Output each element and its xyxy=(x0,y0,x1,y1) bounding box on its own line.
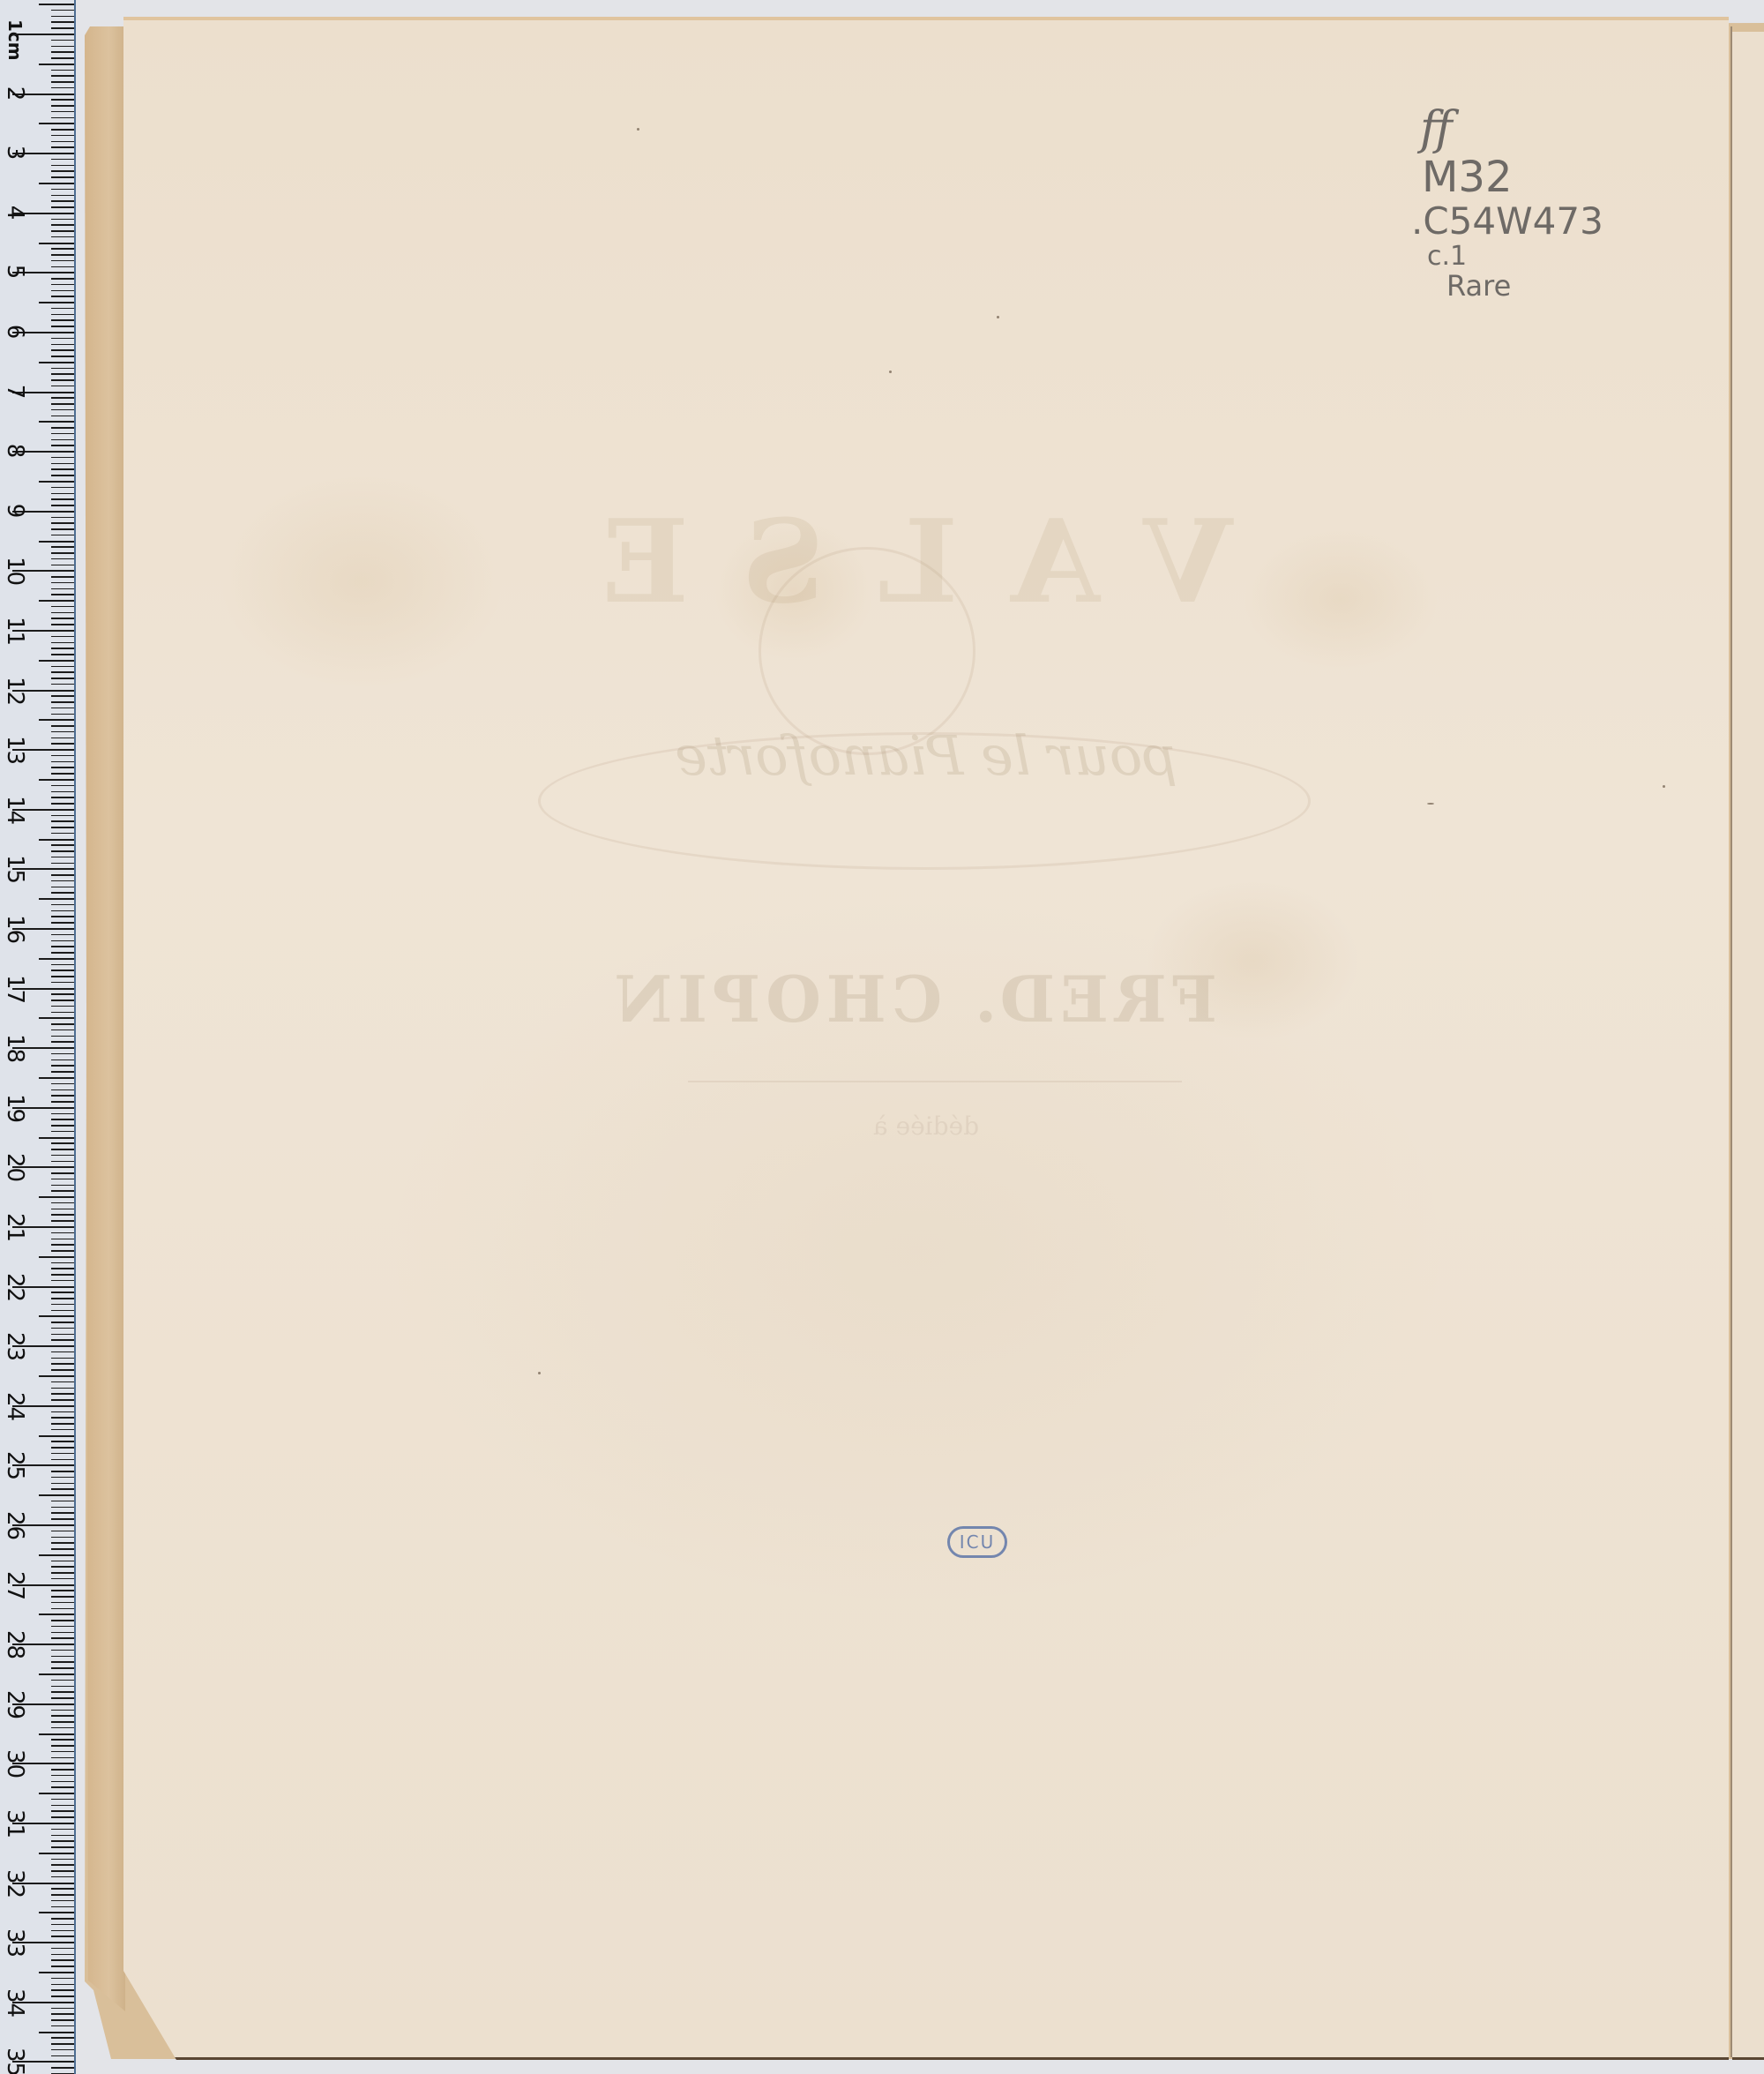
ruler-tick xyxy=(51,1686,74,1688)
ruler-tick xyxy=(51,785,74,787)
call-number-line: Rare xyxy=(1446,271,1603,302)
ruler-tick xyxy=(51,1840,74,1842)
ruler-tick xyxy=(51,1715,74,1717)
ruler-tick xyxy=(51,803,74,805)
ruler-tick xyxy=(39,1077,74,1079)
ruler-tick xyxy=(51,588,74,590)
ruler-tick xyxy=(39,1793,74,1794)
ruler-tick xyxy=(51,1262,74,1264)
ruler-tick xyxy=(51,493,74,495)
ruler-tick xyxy=(51,1781,74,1783)
ruler-tick xyxy=(39,1673,74,1675)
ruler-tick xyxy=(51,1959,74,1961)
ruler-tick xyxy=(51,654,74,655)
ruler-tick xyxy=(51,797,74,798)
ruler-tick xyxy=(51,1030,74,1031)
ruler-number: 10 xyxy=(2,557,28,583)
ruler-tick xyxy=(51,773,74,775)
ruler-tick xyxy=(51,176,74,178)
ruler-tick xyxy=(51,487,74,489)
ruler-tick xyxy=(51,1661,74,1663)
ruler-number: 2 xyxy=(2,80,28,107)
call-number-line: c.1 xyxy=(1427,242,1603,271)
paper-speck xyxy=(997,316,999,318)
ruler-tick xyxy=(51,70,74,71)
ruler-tick xyxy=(51,57,74,59)
ruler-tick xyxy=(51,636,74,638)
ruler-tick xyxy=(51,708,74,709)
ruler-tick xyxy=(39,779,74,781)
ruler-tick xyxy=(51,1488,74,1490)
ruler-tick xyxy=(51,922,74,924)
ruler-tick xyxy=(51,457,74,459)
ruler-tick xyxy=(51,1835,74,1837)
ruler-number: 28 xyxy=(2,1630,28,1657)
ruler-tick xyxy=(51,1304,74,1306)
ruler-tick xyxy=(51,2025,74,2027)
ruler-number: 13 xyxy=(2,736,28,762)
ruler-tick xyxy=(51,528,74,530)
ruler-tick xyxy=(51,1179,74,1180)
ruler-tick xyxy=(51,1089,74,1091)
paper-speck xyxy=(889,371,892,373)
ruler-tick xyxy=(51,2049,74,2051)
ruler-tick xyxy=(51,558,74,560)
ruler-tick xyxy=(51,146,74,148)
ruler-number: 26 xyxy=(2,1511,28,1538)
ruler-tick xyxy=(51,1119,74,1120)
ruler-tick xyxy=(51,993,74,995)
ruler-tick xyxy=(51,1268,74,1269)
ruler-tick xyxy=(51,1518,74,1520)
ruler-tick xyxy=(51,266,74,268)
ruler-tick xyxy=(51,1632,74,1634)
ruler-number: 12 xyxy=(2,677,28,703)
ruler-tick xyxy=(51,714,74,715)
ruler-tick xyxy=(51,1978,74,1980)
ruler-tick xyxy=(39,243,74,244)
ruler-tick xyxy=(51,10,74,11)
ruler-tick xyxy=(51,2037,74,2039)
ruler-tick xyxy=(39,1315,74,1317)
ruler-tick xyxy=(51,1751,74,1753)
ruler-tick xyxy=(51,1894,74,1896)
ruler-tick xyxy=(51,1727,74,1729)
ruler-number: 5 xyxy=(2,258,28,285)
ruler-tick xyxy=(39,1435,74,1437)
ruler-tick xyxy=(51,165,74,167)
ruler-tick xyxy=(51,1423,74,1425)
ruler-number: 25 xyxy=(2,1451,28,1478)
ruler-number: 35 xyxy=(2,2048,28,2074)
ruler-tick xyxy=(39,421,74,423)
ruler-tick xyxy=(51,1721,74,1723)
paper-spine-strip xyxy=(85,26,125,2011)
ruler-tick xyxy=(51,1775,74,1777)
ruler-tick xyxy=(51,976,74,977)
ruler-number: 22 xyxy=(2,1273,28,1299)
ruler-tick xyxy=(51,1888,74,1890)
paper-speck xyxy=(538,1372,541,1374)
ruler-tick xyxy=(51,522,74,524)
ruler-tick xyxy=(51,1691,74,1693)
ruler-tick xyxy=(51,1501,74,1502)
ruler-tick xyxy=(51,701,74,703)
ruler-tick xyxy=(51,1739,74,1741)
ruler-tick xyxy=(51,1369,74,1371)
pencil-call-number: ff M32 .C54W473 c.1 Rare xyxy=(1411,104,1603,302)
ruler-tick xyxy=(51,338,74,340)
ruler-tick xyxy=(51,678,74,679)
ruler-tick xyxy=(51,1620,74,1621)
ruler-tick xyxy=(51,952,74,954)
ruler-tick xyxy=(51,731,74,733)
ruler-tick xyxy=(51,1816,74,1818)
ruler-tick xyxy=(51,738,74,739)
ruler-tick xyxy=(51,2055,74,2057)
ruler-unit-label: 1cm xyxy=(2,19,28,46)
ruler-number: 16 xyxy=(2,915,28,941)
ruler-tick xyxy=(51,1680,74,1681)
ruler-tick xyxy=(51,1596,74,1598)
ruler-number: 11 xyxy=(2,617,28,643)
ruler-tick xyxy=(39,600,74,602)
ruler-tick xyxy=(51,648,74,649)
ruler-tick xyxy=(51,1859,74,1861)
ruler-tick xyxy=(51,1459,74,1461)
ruler-tick xyxy=(51,1041,74,1043)
ruler-tick xyxy=(51,117,74,119)
ruler-number: 15 xyxy=(2,855,28,881)
ruler-number: 29 xyxy=(2,1690,28,1717)
ruler-tick xyxy=(51,642,74,644)
ruler-tick xyxy=(51,368,74,370)
ruler-tick xyxy=(51,1209,74,1210)
ruler-tick xyxy=(51,857,74,858)
ruler-tick xyxy=(51,468,74,470)
ruler-tick xyxy=(51,1214,74,1216)
ruler-tick xyxy=(51,934,74,936)
ruler-tick xyxy=(51,344,74,346)
ruler-tick xyxy=(51,887,74,888)
ruler-tick xyxy=(51,1876,74,1878)
ruler-tick xyxy=(51,1363,74,1365)
ruler-tick xyxy=(51,1531,74,1532)
ruler-tick xyxy=(51,1829,74,1831)
ruler-tick xyxy=(51,1095,74,1097)
ruler-tick xyxy=(51,684,74,685)
page-top-edge xyxy=(123,17,1729,20)
ruler-tick xyxy=(51,260,74,262)
ruler-tick xyxy=(51,916,74,917)
ruler-tick xyxy=(51,159,74,161)
ruler-tick xyxy=(51,761,74,763)
ruler-tick xyxy=(51,445,74,446)
ruler-tick xyxy=(51,1149,74,1150)
ruler-tick xyxy=(51,1441,74,1442)
ruler-tick xyxy=(51,2013,74,2015)
adjacent-page-edge xyxy=(1732,32,1764,2060)
ruler-tick xyxy=(51,910,74,912)
ruler-tick xyxy=(51,349,74,351)
ruler-tick xyxy=(51,982,74,984)
ruler-tick xyxy=(51,1155,74,1157)
ruler-tick xyxy=(51,1059,74,1061)
ruler-tick xyxy=(39,1137,74,1139)
ruler-number: 24 xyxy=(2,1392,28,1419)
ruler-tick xyxy=(39,1614,74,1615)
ruler-tick xyxy=(51,1656,74,1658)
ruler-tick xyxy=(51,970,74,971)
ruler-tick xyxy=(51,946,74,947)
ruler-tick xyxy=(51,1542,74,1544)
ruler-tick xyxy=(51,1292,74,1293)
ruler-tick xyxy=(51,1113,74,1115)
ruler-tick xyxy=(51,1232,74,1234)
ruler-tick xyxy=(51,505,74,506)
ruler-tick xyxy=(51,844,74,846)
ruler-tick xyxy=(51,1083,74,1085)
ruler-tick xyxy=(51,1995,74,1997)
ruler-tick xyxy=(39,4,74,5)
ruler-tick xyxy=(51,21,74,23)
ruler-tick xyxy=(51,397,74,399)
paper-speck xyxy=(1427,803,1434,805)
ruler-tick xyxy=(51,546,74,548)
ruler-tick xyxy=(51,373,74,375)
ruler-tick xyxy=(39,302,74,303)
ruler-tick xyxy=(51,463,74,465)
ruler-tick xyxy=(51,99,74,101)
ruler-tick xyxy=(51,863,74,865)
ruler-tick xyxy=(51,2008,74,2010)
ruler-tick xyxy=(51,666,74,668)
ruler-tick xyxy=(51,820,74,822)
ruler-tick xyxy=(51,1334,74,1336)
ruler-tick xyxy=(51,1358,74,1359)
ruler-number: 3 xyxy=(2,139,28,166)
ruler-tick xyxy=(51,1053,74,1055)
ruler-tick xyxy=(51,1757,74,1759)
ruler-tick xyxy=(51,1161,74,1163)
ruler-tick xyxy=(51,1322,74,1323)
ruler-tick xyxy=(51,1566,74,1568)
ruler-tick xyxy=(51,1745,74,1747)
ruler-tick xyxy=(51,904,74,906)
ruler-tick xyxy=(51,1190,74,1192)
ruler-number: 14 xyxy=(2,796,28,822)
measurement-ruler: 1cm 234567891011121314151617181920212223… xyxy=(0,0,76,2074)
library-stamp: ICU xyxy=(947,1526,1007,1558)
ruler-tick xyxy=(51,2067,74,2069)
ruler-tick xyxy=(39,481,74,483)
ruler-tick xyxy=(51,1537,74,1539)
ruler-tick xyxy=(51,1250,74,1252)
ruler-tick xyxy=(51,1399,74,1401)
ruler-tick xyxy=(51,1142,74,1144)
ruler-tick xyxy=(51,1417,74,1419)
ruler-tick xyxy=(51,1328,74,1329)
ruler-tick xyxy=(51,1220,74,1222)
ruler-number: 32 xyxy=(2,1869,28,1896)
ruler-tick xyxy=(51,219,74,221)
ruler-tick xyxy=(51,1065,74,1067)
ruler-number: 7 xyxy=(2,378,28,405)
ruler-tick xyxy=(39,958,74,960)
ruler-tick xyxy=(39,660,74,662)
ruler-tick xyxy=(51,964,74,966)
ruler-tick xyxy=(51,1202,74,1204)
ruler-tick xyxy=(39,123,74,124)
ruler-tick xyxy=(51,1239,74,1240)
ruler-tick xyxy=(51,206,74,208)
ruler-tick xyxy=(39,839,74,841)
ruler-tick xyxy=(51,439,74,441)
ruler-tick xyxy=(51,1388,74,1389)
ruler-tick xyxy=(51,1381,74,1383)
ruler-tick xyxy=(51,1512,74,1514)
ruler-tick xyxy=(51,1930,74,1932)
call-number-line: .C54W473 xyxy=(1411,201,1603,242)
ruler-tick xyxy=(51,386,74,387)
ruler-tick xyxy=(51,51,74,53)
ruler-tick xyxy=(51,1769,74,1771)
ruler-tick xyxy=(51,308,74,310)
ruler-tick xyxy=(39,719,74,721)
ruler-tick xyxy=(51,1429,74,1431)
ruler-tick xyxy=(51,671,74,673)
ruler-tick xyxy=(39,64,74,65)
ruler-tick xyxy=(51,105,74,107)
ruler-tick xyxy=(39,1375,74,1377)
ruler-tick xyxy=(39,541,74,543)
ruler-tick xyxy=(39,1912,74,1913)
ruler-tick xyxy=(51,1071,74,1073)
ruler-number: 33 xyxy=(2,1928,28,1955)
ruler-number: 27 xyxy=(2,1571,28,1598)
showthrough-rule xyxy=(688,1081,1182,1082)
ruler-tick xyxy=(51,695,74,697)
ruler-tick xyxy=(51,1023,74,1025)
ruler-tick xyxy=(51,1339,74,1341)
ruler-tick xyxy=(51,236,74,238)
ruler-tick xyxy=(51,1351,74,1353)
ruler-tick xyxy=(51,1411,74,1413)
document-page xyxy=(123,17,1729,2060)
ruler-tick xyxy=(51,743,74,745)
ruler-tick xyxy=(51,1172,74,1174)
ruler-tick xyxy=(51,403,74,405)
ruler-tick xyxy=(39,1972,74,1973)
call-number-line: M32 xyxy=(1422,154,1603,201)
ruler-tick xyxy=(51,75,74,77)
ruler-number: 8 xyxy=(2,438,28,464)
ruler-tick xyxy=(51,1012,74,1014)
ruler-tick xyxy=(51,278,74,280)
ruler-tick xyxy=(51,582,74,584)
ruler-tick xyxy=(51,1572,74,1574)
ruler-tick xyxy=(51,1965,74,1967)
ruler-tick xyxy=(51,940,74,942)
ruler-tick xyxy=(39,1554,74,1556)
ruler-tick xyxy=(51,1447,74,1449)
ruler-tick xyxy=(39,1196,74,1198)
ruler-tick xyxy=(51,552,74,554)
ruler-tick xyxy=(51,1799,74,1801)
ruler-tick xyxy=(51,1989,74,1991)
call-number-line: ff xyxy=(1420,104,1603,154)
ruler-tick xyxy=(51,1954,74,1956)
showthrough-composer: FRED. CHOPIN xyxy=(670,962,1217,1037)
ruler-tick xyxy=(51,427,74,429)
ruler-tick xyxy=(51,1924,74,1926)
ruler-tick xyxy=(51,111,74,113)
ruler-tick xyxy=(51,1483,74,1485)
showthrough-subtitle: pour le Pianoforte xyxy=(617,723,1235,788)
ruler-tick xyxy=(51,1697,74,1699)
paper-speck xyxy=(637,128,639,131)
ruler-tick xyxy=(51,767,74,768)
ruler-tick xyxy=(51,606,74,608)
ruler-tick xyxy=(51,1918,74,1920)
ruler-tick xyxy=(51,1125,74,1127)
ruler-tick xyxy=(51,326,74,327)
ruler-tick xyxy=(51,1900,74,1902)
ruler-tick xyxy=(39,1017,74,1019)
ruler-tick xyxy=(51,892,74,894)
ruler-tick xyxy=(51,195,74,197)
ruler-tick xyxy=(51,755,74,757)
ruler-tick xyxy=(51,379,74,381)
ruler-tick xyxy=(51,40,74,41)
ruler-tick xyxy=(39,2032,74,2033)
ruler-tick xyxy=(39,1494,74,1496)
ruler-tick xyxy=(51,612,74,614)
ruler-tick xyxy=(51,16,74,18)
ruler-tick xyxy=(51,1185,74,1187)
ruler-tick xyxy=(51,27,74,29)
ruler-tick xyxy=(51,576,74,578)
ruler-tick xyxy=(51,594,74,595)
ruler-tick xyxy=(51,1310,74,1312)
ruler-number: 30 xyxy=(2,1749,28,1776)
ruler-tick xyxy=(51,46,74,48)
ruler-tick xyxy=(51,1984,74,1986)
ruler-tick xyxy=(51,815,74,817)
ruler-tick xyxy=(51,1578,74,1580)
ruler-number: 31 xyxy=(2,1809,28,1836)
ruler-number: 20 xyxy=(2,1153,28,1179)
ruler-tick xyxy=(51,1602,74,1604)
ruler-tick xyxy=(51,1935,74,1937)
ruler-tick xyxy=(51,2019,74,2021)
ruler-tick xyxy=(51,1471,74,1472)
ruler-tick xyxy=(51,416,74,417)
ruler-tick xyxy=(51,135,74,137)
ruler-tick xyxy=(39,898,74,900)
ruler-tick xyxy=(51,1906,74,1908)
ruler-tick xyxy=(51,1507,74,1509)
ruler-tick xyxy=(51,141,74,143)
ruler-tick xyxy=(51,880,74,882)
ruler-tick xyxy=(51,248,74,250)
ruler-tick xyxy=(51,1561,74,1562)
ruler-number: 21 xyxy=(2,1213,28,1239)
ruler-tick xyxy=(51,319,74,321)
ruler-tick xyxy=(51,874,74,876)
ruler-tick xyxy=(51,284,74,286)
ruler-tick xyxy=(51,1667,74,1669)
